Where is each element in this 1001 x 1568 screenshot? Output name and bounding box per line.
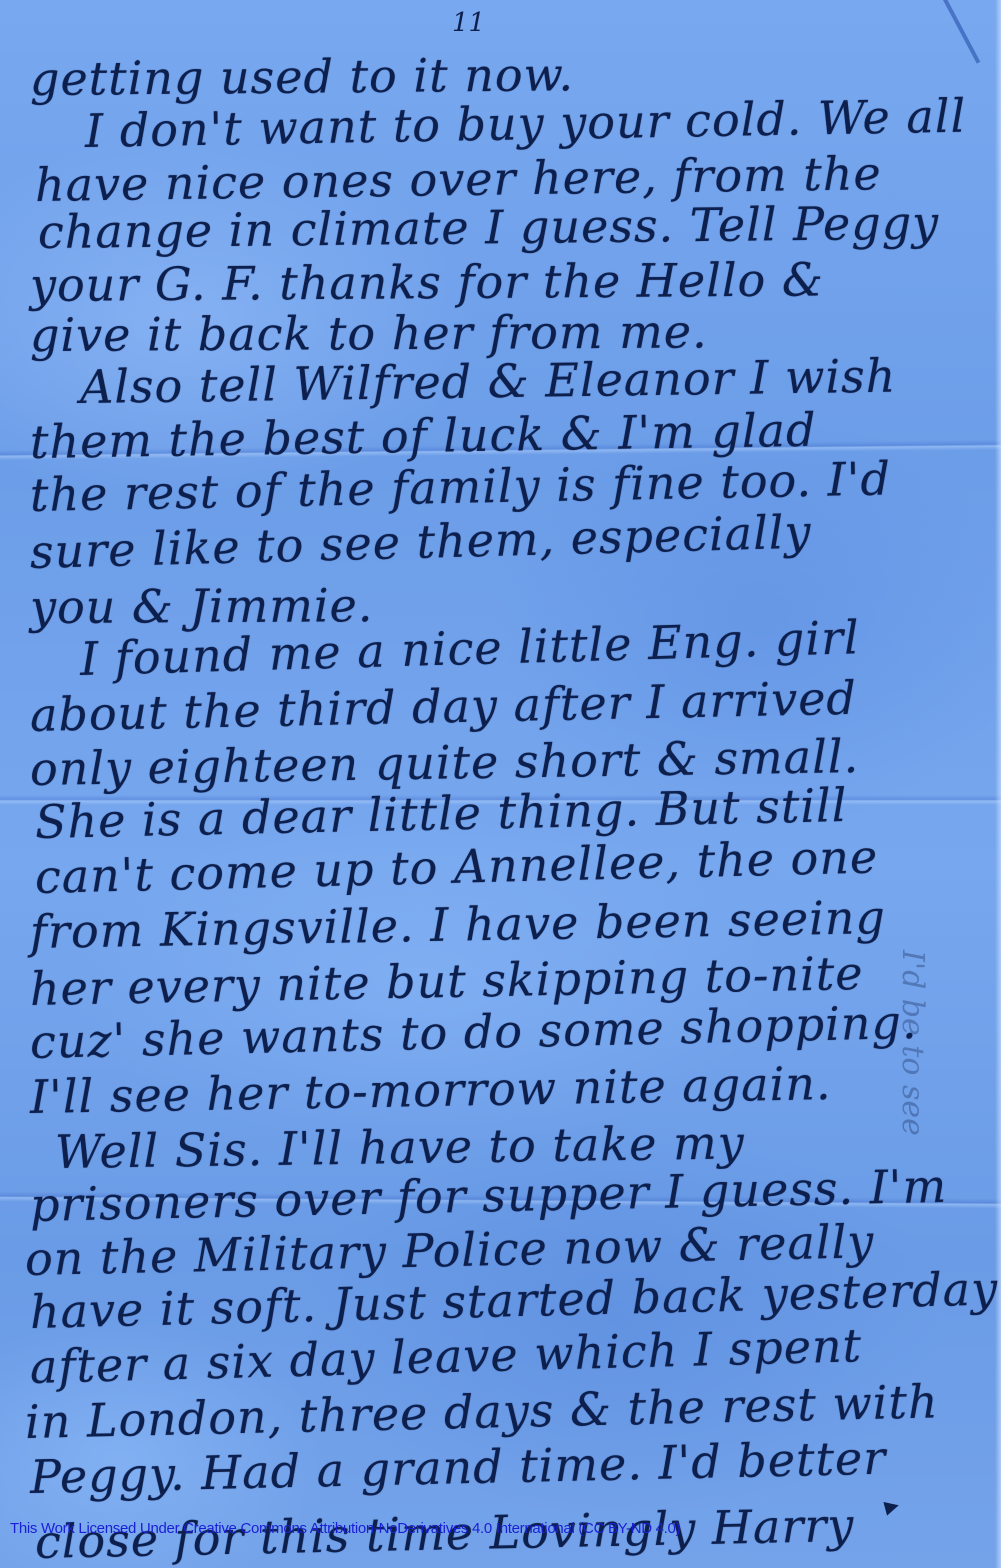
scanned-letter-page: 11 I'd be to see getting used to it now.… — [0, 0, 1001, 1568]
license-notice: This Work Licensed Under Creative Common… — [10, 1520, 680, 1537]
letter-line: your G. F. thanks for the Hello & — [30, 252, 824, 312]
letter-body: getting used to it now. I don't want to … — [0, 0, 1001, 1568]
letter-line: change in climate I guess. Tell Peggy — [38, 196, 940, 259]
